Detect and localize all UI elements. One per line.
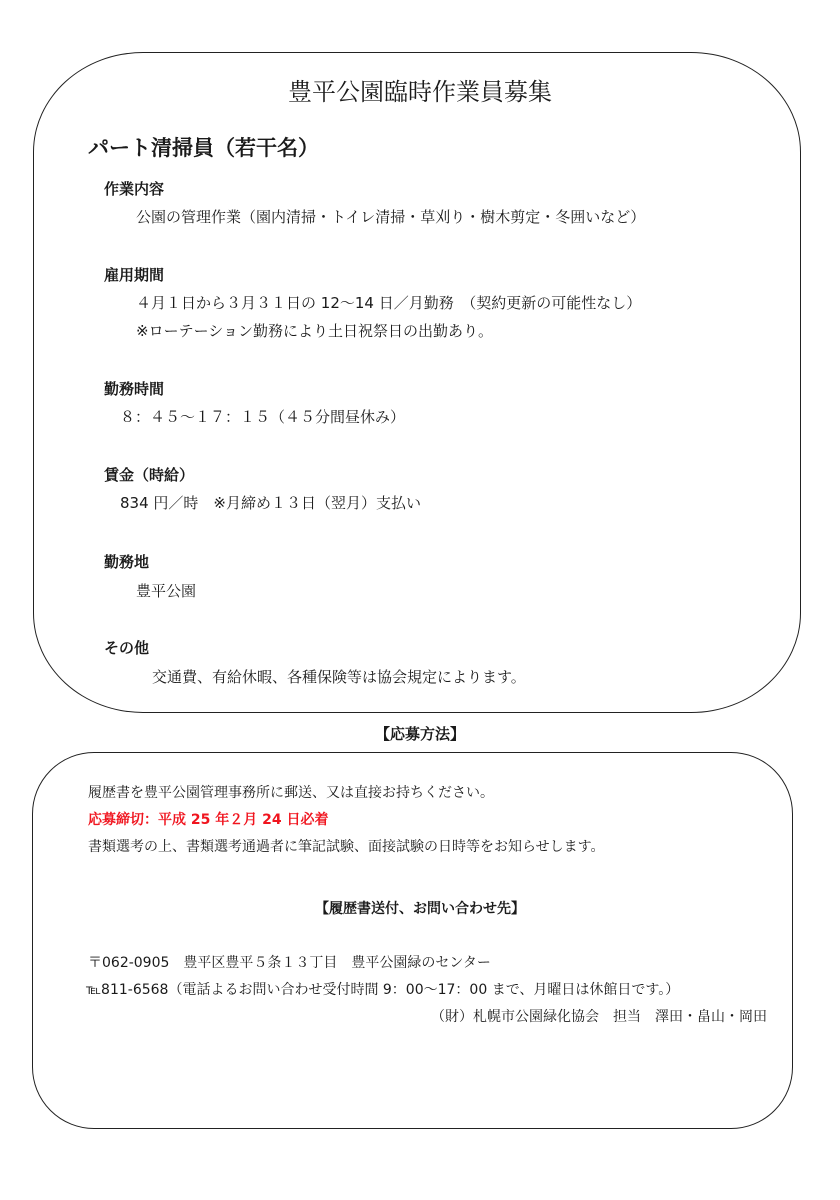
section-label-employment-period: 雇用期間 [104,264,164,285]
page-title: 豊平公園臨時作業員募集 [0,72,840,107]
application-heading: 【応募方法】 [0,723,840,744]
section-label-wage: 賃金（時給） [104,464,194,485]
position-heading: パート清掃員（若干名） [88,132,319,162]
selection-process-text: 書類選考の上、書類選考通過者に筆記試験、面接試験の日時等をお知らせします。 [88,836,604,856]
work-content-text: 公園の管理作業（園内清掃・トイレ清掃・草刈り・樹木剪定・冬囲いなど） [136,206,645,227]
organization-text: （財）札幌市公園緑化協会 担当 澤田・畠山・岡田 [431,1006,767,1026]
workplace-text: 豊平公園 [136,580,196,601]
employment-period-note: ※ローテーション勤務により土日祝祭日の出勤あり。 [136,320,493,341]
working-hours-text: ８：４５〜１７：１５（４５分間昼休み） [120,406,405,427]
section-label-other: その他 [104,637,149,658]
contact-heading: 【履歴書送付、お問い合わせ先】 [0,898,840,918]
section-label-workplace: 勤務地 [104,551,149,572]
other-text: 交通費、有給休暇、各種保険等は協会規定によります。 [152,666,526,687]
application-instructions: 履歴書を豊平公園管理事務所に郵送、又は直接お持ちください。 [88,782,494,802]
employment-period-text: ４月１日から３月３１日の 12〜14 日／月勤務 （契約更新の可能性なし） [136,292,641,313]
deadline-text: 応募締切：平成 25 年２月 24 日必着 [88,809,328,829]
phone-text: ℡811-6568（電話よるお問い合わせ受付時間 9：00〜17：00 まで、月… [86,979,679,999]
wage-text: 834 円／時 ※月締め１３日（翌月）支払い [120,492,421,513]
section-label-work-content: 作業内容 [104,178,164,199]
section-label-working-hours: 勤務時間 [104,378,164,399]
address-text: 〒062-0905 豊平区豊平５条１３丁目 豊平公園緑のセンター [88,952,491,972]
